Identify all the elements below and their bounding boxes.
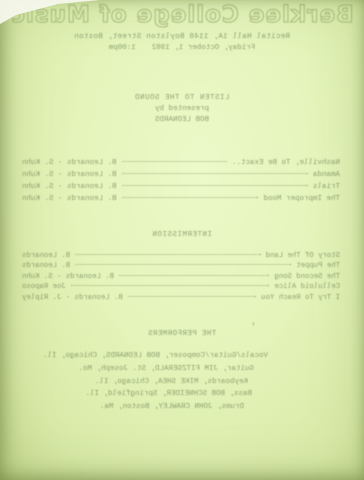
program-row: Celluloid Alice Joe Raposo: [22, 283, 340, 293]
dot-leader: [119, 275, 269, 276]
performers-list: Vocals/Guitar/Composer, BOB LEONARDS, Ch…: [43, 350, 268, 414]
intermission-heading: INTERMISSION: [0, 231, 364, 239]
dot-leader: [128, 296, 256, 297]
program-row: Trials B. Leonards - S. Kuhn: [22, 183, 340, 195]
song-title: The Puppet: [296, 262, 340, 270]
program-row: I Try To Reach You B. Leonards - J. Ripl…: [22, 294, 340, 304]
song-title: Trials: [313, 183, 340, 191]
dot-leader: [122, 197, 259, 198]
song-title: Nashville, To Be Exact..: [232, 159, 340, 167]
song-title: The Second Song: [274, 273, 340, 281]
presenter-name: BOB LEONARDS: [0, 115, 364, 126]
song-title: Story Of The Land: [266, 252, 340, 260]
event-time: 1:00pm: [109, 44, 136, 52]
dot-leader: [122, 161, 227, 162]
song-title: Amanda: [313, 171, 340, 179]
song-credit: B. Leonards - S. Kuhn: [22, 183, 117, 191]
set-one-list: Nashville, To Be Exact.. B. Leonards - S…: [22, 159, 340, 207]
song-credit: B. Leonards - S. Kuhn: [22, 171, 117, 179]
song-credit: B. Leonards: [22, 252, 70, 260]
song-title: Celluloid Alice: [274, 283, 340, 291]
song-credit: B. Leonards: [22, 262, 70, 270]
song-title: The Improper Mood: [263, 195, 340, 203]
set-two-list: Story Of The Land B. Leonards The Puppet…: [22, 252, 340, 304]
venue-address: Recital Hall 1A, 1140 Boylston Street, B…: [0, 33, 364, 41]
dot-leader: [71, 285, 270, 286]
performer-line: Vocals/Guitar/Composer, BOB LEONARDS, Ch…: [43, 350, 268, 363]
presented-by-label: presented by: [0, 104, 364, 115]
song-credit: B. Leonards - S. Kuhn: [22, 273, 114, 281]
date-line: Friday, October 1, 1982 1:00pm: [0, 44, 364, 52]
song-title: I Try To Reach You: [261, 294, 340, 302]
program-row: Amanda B. Leonards - S. Kuhn: [22, 171, 340, 183]
dot-leader: [75, 264, 291, 265]
program-content: Berklee College of Music Recital Hall 1A…: [0, 0, 364, 480]
performer-line: Keyboards, MIKE SHEA, Chicago, Il.: [43, 376, 248, 389]
dot-leader: [122, 185, 308, 186]
song-credit: B. Leonards - S. Kuhn: [22, 195, 117, 203]
program-row: Story Of The Land B. Leonards: [22, 252, 340, 262]
program-row: Nashville, To Be Exact.. B. Leonards - S…: [22, 159, 340, 171]
title-block: LISTEN TO THE SOUND presented by BOB LEO…: [0, 93, 364, 126]
program-row: The Second Song B. Leonards - S. Kuhn: [22, 273, 340, 283]
program-row: The Puppet B. Leonards: [22, 262, 340, 272]
event-date: Friday, October 1, 1982: [152, 44, 256, 52]
performer-line: Bass, BOB SCHNEIDER, Springfield, Il.: [43, 388, 252, 401]
performer-line: Drums, JOHN CRAWLEY, Boston, Ma.: [43, 401, 244, 414]
dot-leader: [122, 173, 308, 174]
dot-leader: [75, 254, 260, 255]
performers-heading: THE PERFORMERS: [0, 330, 364, 338]
song-credit: B. Leonards - S. Kuhn: [22, 159, 117, 167]
scan-corner-wedge: [0, 0, 110, 26]
song-credit: Joe Raposo: [22, 283, 66, 291]
song-credit: B. Leonards - J. Ripley: [22, 294, 123, 302]
program-title: LISTEN TO THE SOUND: [0, 93, 364, 104]
program-row: The Improper Mood B. Leonards - S. Kuhn: [22, 195, 340, 207]
performer-line: Guitar, JIM FITZGERALD, St. Joseph, Mo.: [43, 363, 254, 376]
